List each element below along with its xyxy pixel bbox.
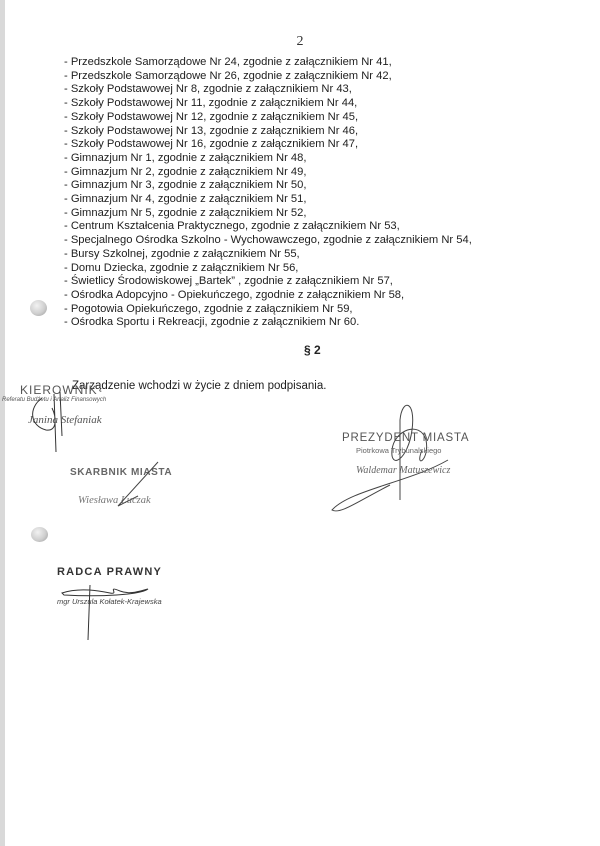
punch-hole-top	[30, 300, 47, 316]
list-item: - Gimnazjum Nr 5, zgodnie z załącznikiem…	[64, 207, 472, 221]
signature-radca	[60, 565, 180, 645]
page-number: 2	[0, 34, 600, 50]
list-item: - Specjalnego Ośrodka Szkolno - Wychowaw…	[64, 234, 472, 248]
list-item: - Centrum Kształcenia Praktycznego, zgod…	[64, 220, 472, 234]
list-item: - Gimnazjum Nr 4, zgodnie z załącznikiem…	[64, 193, 472, 207]
list-item: - Gimnazjum Nr 2, zgodnie z załącznikiem…	[64, 166, 472, 180]
list-item: - Szkoły Podstawowej Nr 11, zgodnie z za…	[64, 97, 472, 111]
signature-prezydent	[330, 390, 480, 520]
stamp-prezydent-city: Piotrkowa Trybunalskiego	[356, 446, 441, 455]
page-number-text: 2	[297, 34, 304, 49]
punch-hole-bottom	[31, 527, 48, 542]
list-item: - Pogotowia Opiekuńczego, zgodnie z załą…	[64, 303, 472, 317]
list-item: - Ośrodka Adopcyjno - Opiekuńczego, zgod…	[64, 289, 472, 303]
list-item: - Ośrodka Sportu i Rekreacji, zgodnie z …	[64, 316, 472, 330]
list-item: - Domu Dziecka, zgodnie z załącznikiem N…	[64, 262, 472, 276]
list-item: - Gimnazjum Nr 3, zgodnie z załącznikiem…	[64, 179, 472, 193]
section-mark: § 2	[304, 343, 321, 357]
stamp-prezydent-name: Waldemar Matuszewicz	[356, 465, 450, 476]
list-item: - Przedszkole Samorządowe Nr 26, zgodnie…	[64, 70, 472, 84]
list-item: - Bursy Szkolnej, zgodnie z załącznikiem…	[64, 248, 472, 262]
signature-skarbnik	[108, 460, 168, 510]
signature-kierownik	[22, 386, 82, 456]
list-item: - Szkoły Podstawowej Nr 16, zgodnie z za…	[64, 138, 472, 152]
stamp-prezydent-title: PREZYDENT MIASTA	[342, 432, 469, 444]
attachment-list: - Przedszkole Samorządowe Nr 24, zgodnie…	[64, 56, 472, 330]
list-item: - Przedszkole Samorządowe Nr 24, zgodnie…	[64, 56, 472, 70]
list-item: - Szkoły Podstawowej Nr 8, zgodnie z zał…	[64, 83, 472, 97]
list-item: - Gimnazjum Nr 1, zgodnie z załącznikiem…	[64, 152, 472, 166]
section-text: Zarządzenie wchodzi w życie z dniem podp…	[72, 380, 326, 392]
list-item: - Świetlicy Środowiskowej „Bartek” , zgo…	[64, 275, 472, 289]
scan-left-edge	[0, 0, 5, 846]
list-item: - Szkoły Podstawowej Nr 12, zgodnie z za…	[64, 111, 472, 125]
list-item: - Szkoły Podstawowej Nr 13, zgodnie z za…	[64, 125, 472, 139]
